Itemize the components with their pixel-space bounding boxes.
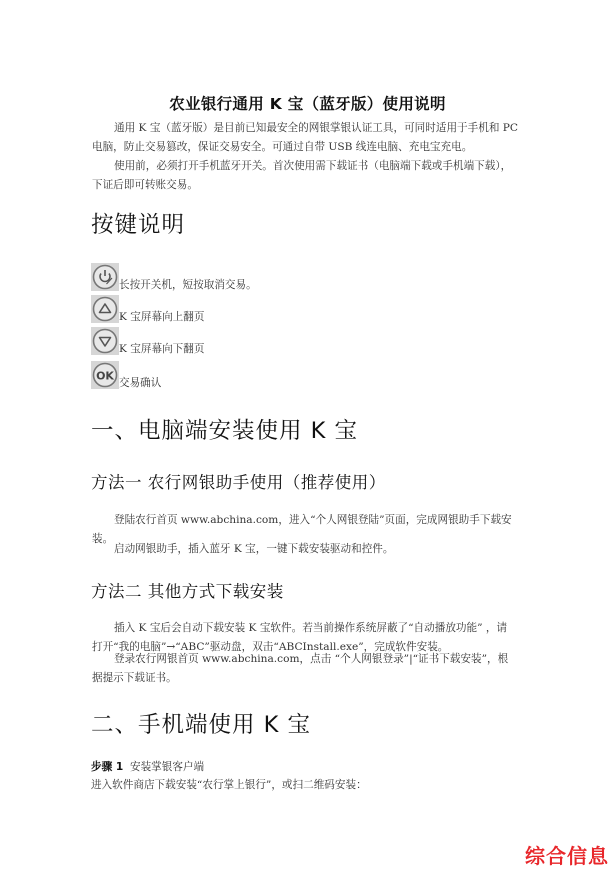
ok-key-icon: OK (91, 361, 119, 389)
intro-paragraph-2: 使用前，必须打开手机蓝牙开关。首次使用需下载证书（电脑端下载或手机端下载）， 下… (92, 157, 528, 195)
method2-line: 据提示下载证书。 (92, 672, 177, 684)
method2-paragraph-2: 登录农行网银首页 www.abchina.com，点击 “个人网银登录”|“证书… (92, 650, 528, 688)
section2-heading: 二、手机端使用 K 宝 (91, 707, 311, 739)
key-row-ok: OK 交易确认 (91, 361, 161, 389)
method2-line: 插入 K 宝后会自动下载安装 K 宝软件。若当前操作系统屏蔽了“自动播放功能” … (114, 622, 507, 634)
method1-heading: 方法一 农行网银助手使用（推荐使用） (91, 469, 386, 493)
method2-heading: 方法二 其他方式下载安装 (91, 578, 284, 602)
key-row-power: 长按开关机，短按取消交易。 (91, 263, 257, 291)
method2-line: 登录农行网银首页 www.abchina.com，点击 “个人网银登录”|“证书… (114, 653, 508, 665)
intro-paragraph-1: 通用 K 宝（蓝牙版）是目前已知最安全的网银掌银认证工具，可同时适用于手机和 P… (92, 119, 528, 157)
method1-line: 启动网银助手，插入蓝牙 K 宝，一键下载安装驱动和控件。 (114, 543, 394, 555)
intro-line: 使用前，必须打开手机蓝牙开关。首次使用需下载证书（电脑端下载或手机端下载）， (114, 160, 511, 172)
step1-text: 进入软件商店下载安装“农行掌上银行”，或扫二维码安装： (91, 776, 367, 795)
document-page: 农业银行通用 K 宝（蓝牙版）使用说明 通用 K 宝（蓝牙版）是目前已知最安全的… (0, 0, 615, 874)
key-row-up: K 宝屏幕向上翻页 (91, 295, 204, 323)
up-key-icon (91, 295, 119, 323)
key-label: 长按开关机，短按取消交易。 (119, 279, 257, 291)
intro-line: 通用 K 宝（蓝牙版）是目前已知最安全的网银掌银认证工具，可同时适用于手机和 P… (114, 122, 518, 134)
watermark-logo: 综合信息 (525, 840, 609, 869)
intro-line: 下证后即可转账交易。 (92, 179, 198, 191)
document-title: 农业银行通用 K 宝（蓝牙版）使用说明 (0, 92, 615, 114)
keys-heading: 按键说明 (91, 207, 185, 239)
intro-line: 电脑，防止交易篡改，保证交易安全。可通过自带 USB 线连电脑、充电宝充电。 (92, 141, 472, 153)
svg-text:OK: OK (96, 370, 114, 383)
down-key-icon (91, 327, 119, 355)
method1-line: 登陆农行首页 www.abchina.com，进入“个人网银登陆”页面，完成网银… (114, 514, 512, 526)
key-row-down: K 宝屏幕向下翻页 (91, 327, 204, 355)
power-cancel-key-icon (91, 263, 119, 291)
section1-heading: 一、电脑端安装使用 K 宝 (91, 413, 358, 445)
method1-paragraph-2: 启动网银助手，插入蓝牙 K 宝，一键下载安装驱动和控件。 (92, 540, 528, 559)
key-label: K 宝屏幕向上翻页 (119, 311, 204, 323)
step1-line: 步骤 1 安装掌银客户端 (91, 758, 204, 777)
step1-title: 安装掌银客户端 (130, 761, 204, 773)
key-label: 交易确认 (119, 377, 161, 389)
step1-label: 步骤 1 (91, 761, 123, 773)
key-label: K 宝屏幕向下翻页 (119, 343, 204, 355)
